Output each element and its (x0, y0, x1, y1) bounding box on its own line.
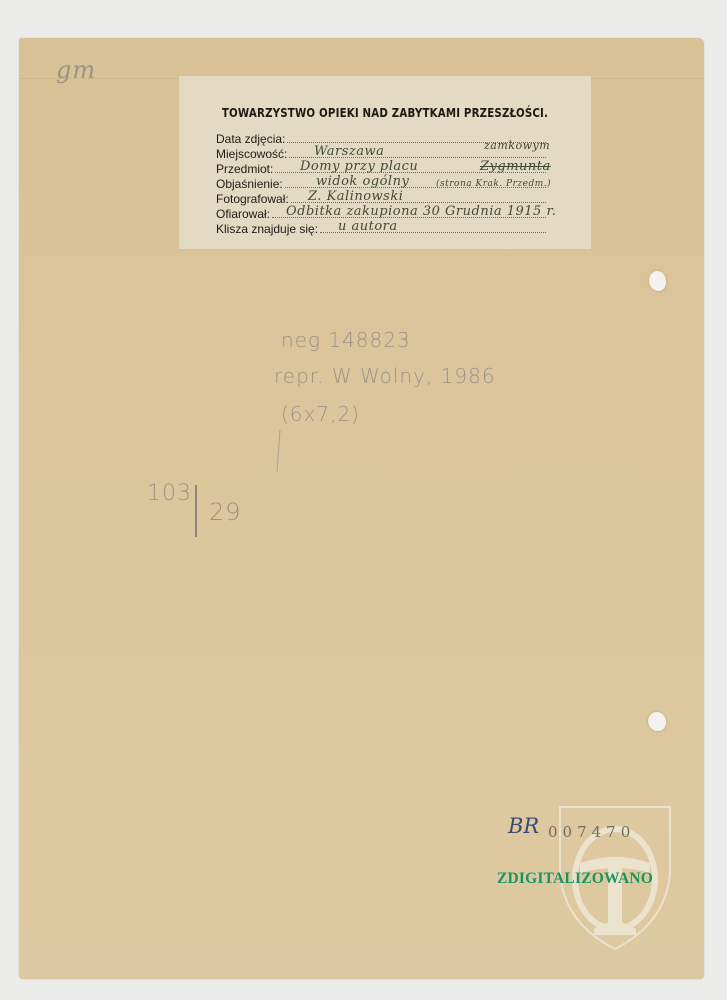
pencil-negative-number: neg 148823 (281, 328, 411, 352)
pencil-divider (195, 485, 197, 537)
initials-stamp: BR (508, 814, 539, 838)
pencil-shelf-number-left: 103 (147, 481, 192, 506)
punch-hole-top (649, 271, 666, 291)
field-value: Z. Kalinowski (308, 189, 403, 204)
field-value: Odbitka zakupiona 30 Grudnia 1915 r. (286, 204, 556, 219)
field-label: Miejscowość: (216, 147, 287, 162)
digitized-stamp: ZDIGITALIZOWANO (497, 870, 653, 888)
field-insert: zamkowym (484, 138, 550, 153)
pencil-bracket-stroke (277, 430, 282, 472)
field-label: Ofiarował: (216, 207, 270, 222)
field-label: Objaśnienie: (216, 177, 283, 192)
inventory-number: 007470 (548, 823, 635, 841)
field-value: widok ogólny (316, 174, 409, 189)
field-label: Przedmiot: (216, 162, 273, 177)
society-label: TOWARZYSTWO OPIEKI NAD ZABYTKAMI PRZESZŁ… (179, 76, 591, 249)
field-value: Warszawa (314, 144, 384, 159)
field-label: Klisza znajduje się: (216, 222, 318, 237)
label-fields: Data zdjęcia: Miejscowość: Warszawa zamk… (216, 132, 546, 237)
pencil-format-note: (6x7,2) (281, 402, 360, 426)
corner-initials: gm (56, 56, 96, 84)
label-title: TOWARZYSTWO OPIEKI NAD ZABYTKAMI PRZESZŁ… (216, 105, 554, 120)
field-struck-value: Zygmunta (480, 159, 551, 174)
field-negative-location: Klisza znajduje się: u autora (216, 222, 546, 237)
field-value: u autora (338, 219, 398, 234)
field-value: Domy przy placu (300, 159, 418, 174)
pencil-reproduction-note: repr. W Wolny, 1986 (274, 364, 496, 388)
field-note: (strona Krak. Przedm.) (436, 177, 551, 192)
field-label: Fotografował: (216, 192, 289, 207)
pencil-shelf-number-right: 29 (209, 498, 242, 526)
field-label: Data zdjęcia: (216, 132, 285, 147)
punch-hole-bottom (648, 712, 666, 731)
